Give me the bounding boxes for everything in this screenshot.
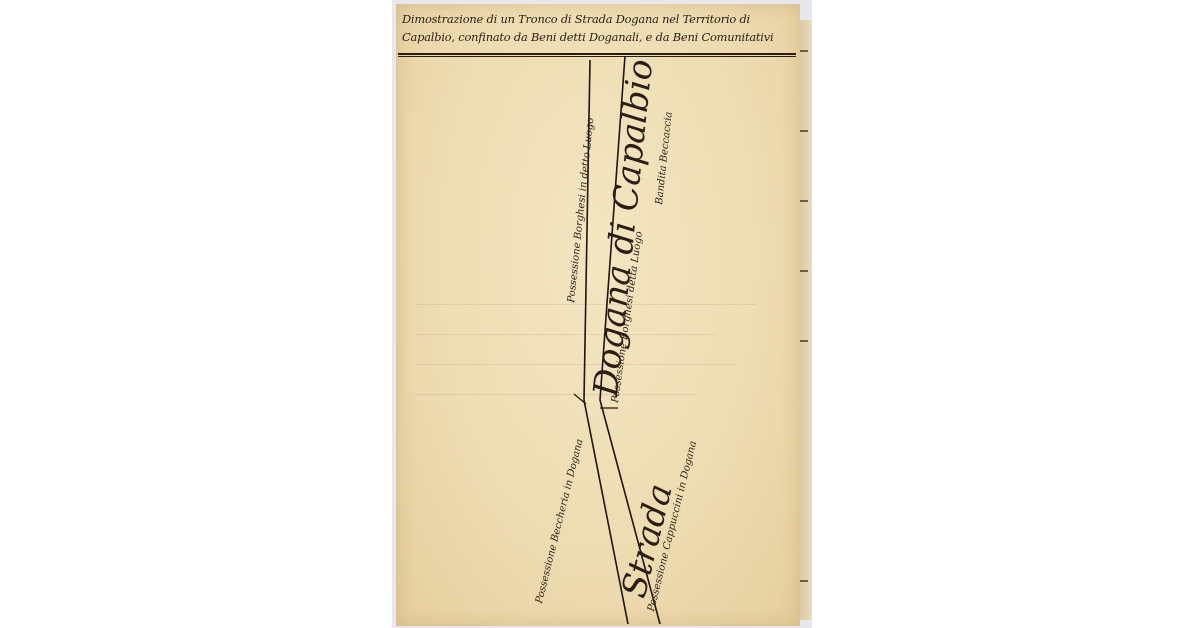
underlying-page-edge: [798, 20, 812, 620]
manuscript-page: Dimostrazione di un Tronco di Strada Dog…: [396, 4, 800, 626]
